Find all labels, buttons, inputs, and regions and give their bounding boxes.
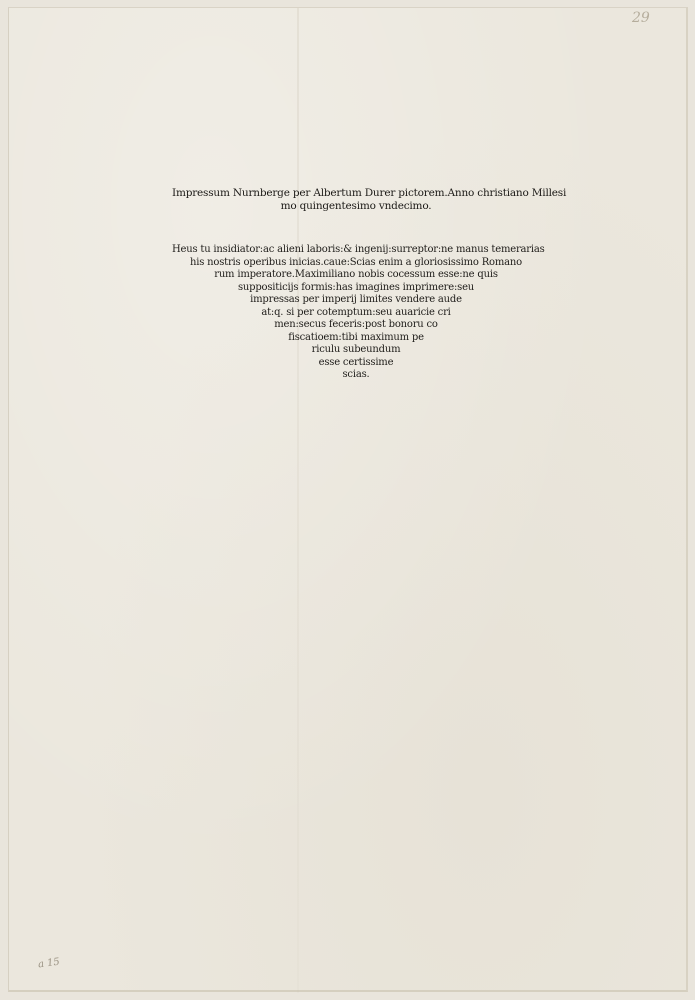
colophon-text: Impressum Nurnberge per Albertum Durer p… — [172, 187, 540, 213]
privilege-line: fiscatioem:tibi maximum pe — [172, 332, 540, 345]
paper-sheet — [8, 7, 688, 992]
privilege-line: men:secus feceris:post bonoru co — [172, 319, 540, 332]
folio-number: 29 — [632, 10, 650, 26]
colophon-line: mo quingentesimo vndecimo. — [172, 200, 540, 213]
privilege-line: Heus tu insidiator:ac alieni laboris:& i… — [172, 244, 540, 257]
privilege-line: esse certissime — [172, 357, 540, 370]
privilege-line: at:q. si per cotemptum:seu auaricie cri — [172, 307, 540, 320]
privilege-line: his nostris operibus inicias.caue:Scias … — [172, 257, 540, 270]
privilege-line: rum imperatore.Maximiliano nobis cocessu… — [172, 269, 540, 282]
privilege-line: scias. — [172, 369, 540, 382]
privilege-line: impressas per imperij limites vendere au… — [172, 294, 540, 307]
fold-crease — [297, 8, 299, 993]
colophon-line: Impressum Nurnberge per Albertum Durer p… — [172, 187, 540, 200]
imperial-privilege-text: Heus tu insidiator:ac alieni laboris:& i… — [172, 244, 540, 382]
privilege-line: suppositicijs formis:has imagines imprim… — [172, 282, 540, 295]
privilege-line: riculu subeundum — [172, 344, 540, 357]
